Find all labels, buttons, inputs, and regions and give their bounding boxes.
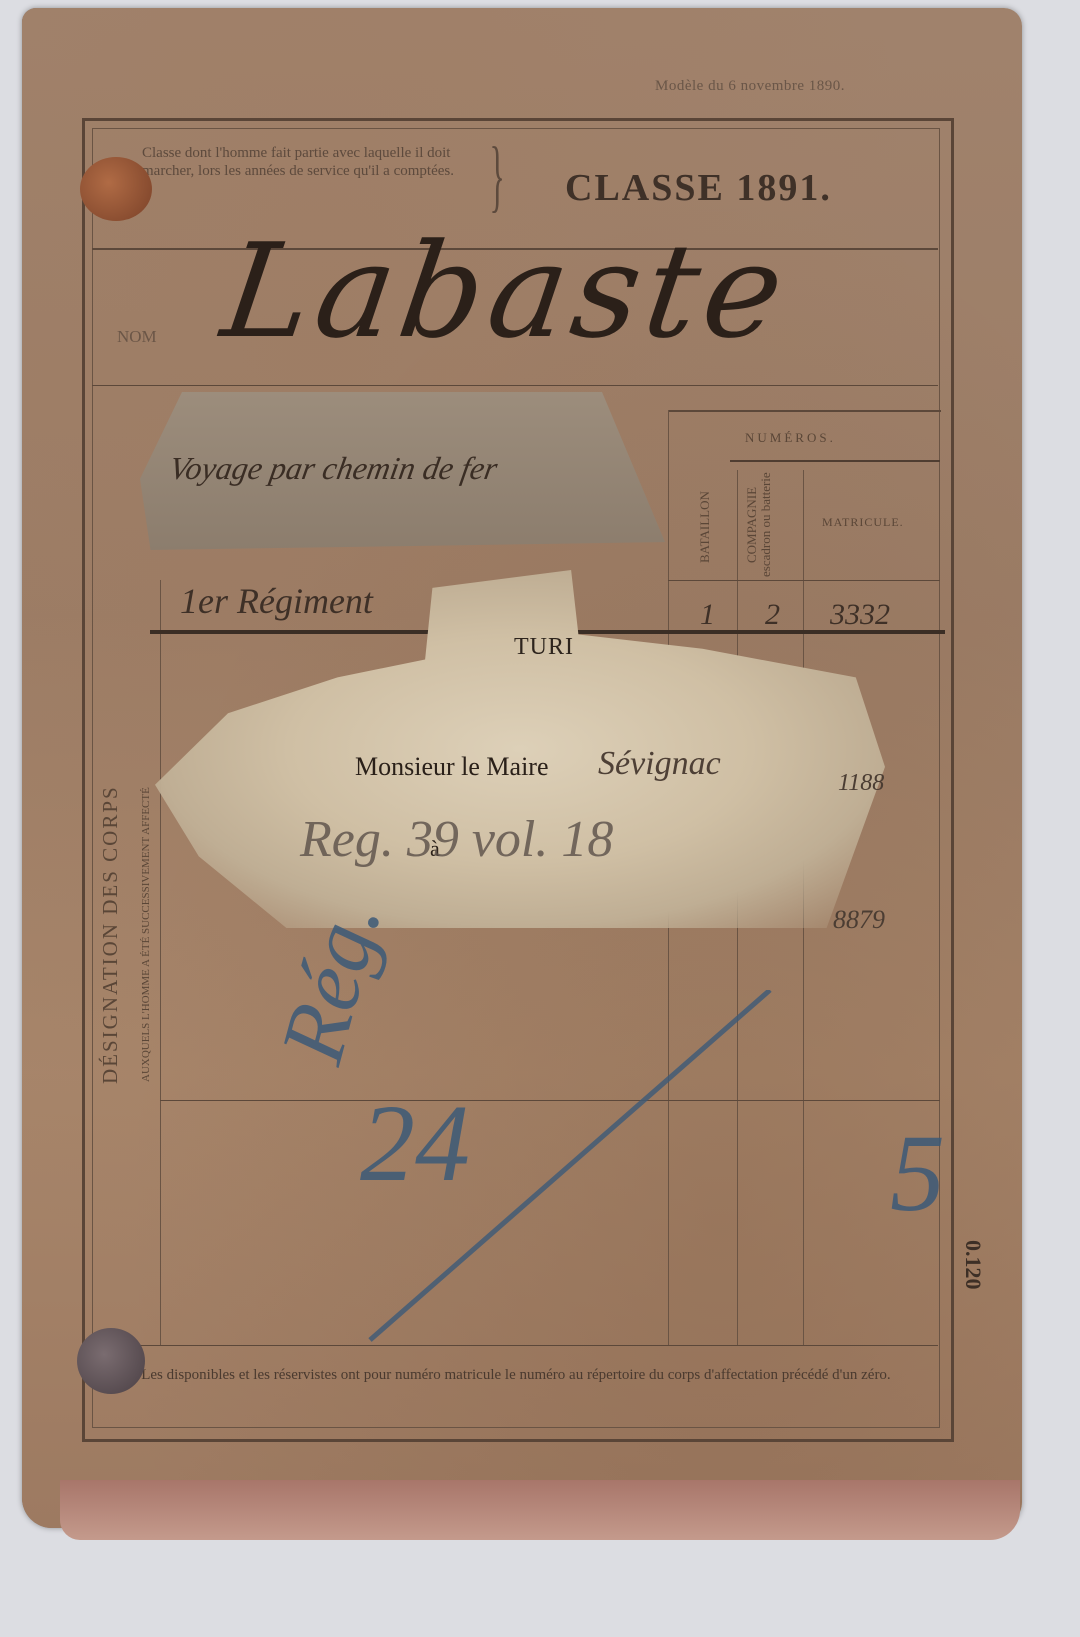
- worn-bottom-edge: [60, 1480, 1020, 1540]
- blue-pencil-slash: [360, 990, 780, 1350]
- brace-icon: }: [490, 136, 505, 216]
- classe-label: CLASSE 1891.: [565, 166, 832, 210]
- law-reference: Modèle du 6 novembre 1890.: [655, 78, 845, 95]
- handwritten-address: Reg. 39 vol. 18: [300, 810, 613, 869]
- footnote: (1) Les disponibles et les réservistes o…: [120, 1365, 935, 1385]
- classe-description: Classe dont l'homme fait partie avec laq…: [142, 144, 482, 180]
- pasted-label-text: Voyage par chemin de fer: [167, 450, 501, 487]
- handwritten-corps: 1er Régiment: [180, 580, 373, 622]
- rivet-top-icon: [80, 157, 152, 221]
- designation-des-corps-label: DÉSIGNATION DES CORPS: [98, 700, 138, 1170]
- nom-label: NOM: [117, 327, 157, 347]
- wavy-rule: [730, 460, 940, 462]
- column-compagnie: COMPAGNIE escadron ou batterie: [745, 470, 793, 580]
- notice-heading-fragment: TURI: [514, 634, 574, 661]
- compagnie-value: 2: [765, 598, 780, 632]
- column-rule: [160, 580, 161, 1345]
- notice-address-line: Monsieur le Maire: [355, 752, 549, 782]
- blue-annotation-right: 5: [890, 1110, 945, 1237]
- designation-sublabel: AUXQUELS L'HOMME A ÉTÉ SUCCESSIVEMENT AF…: [140, 700, 160, 1170]
- row-rule: [668, 580, 940, 581]
- column-matricule: MATRICULE.: [822, 515, 904, 530]
- numeros-header: NUMÉROS.: [745, 430, 836, 446]
- nom-handwritten: Labaste: [214, 215, 798, 367]
- matricule-value: 3332: [830, 598, 890, 632]
- handwritten-commune: Sévignac: [598, 745, 721, 783]
- divider-line: [92, 385, 938, 386]
- margin-number-2: 8879: [833, 905, 885, 935]
- column-bataillon: BATAILLON: [698, 480, 712, 575]
- bataillon-value: 1: [700, 598, 715, 632]
- margin-number-1: 1188: [838, 770, 884, 797]
- side-number: 0.120: [960, 1240, 986, 1290]
- rivet-bottom-icon: [77, 1328, 145, 1394]
